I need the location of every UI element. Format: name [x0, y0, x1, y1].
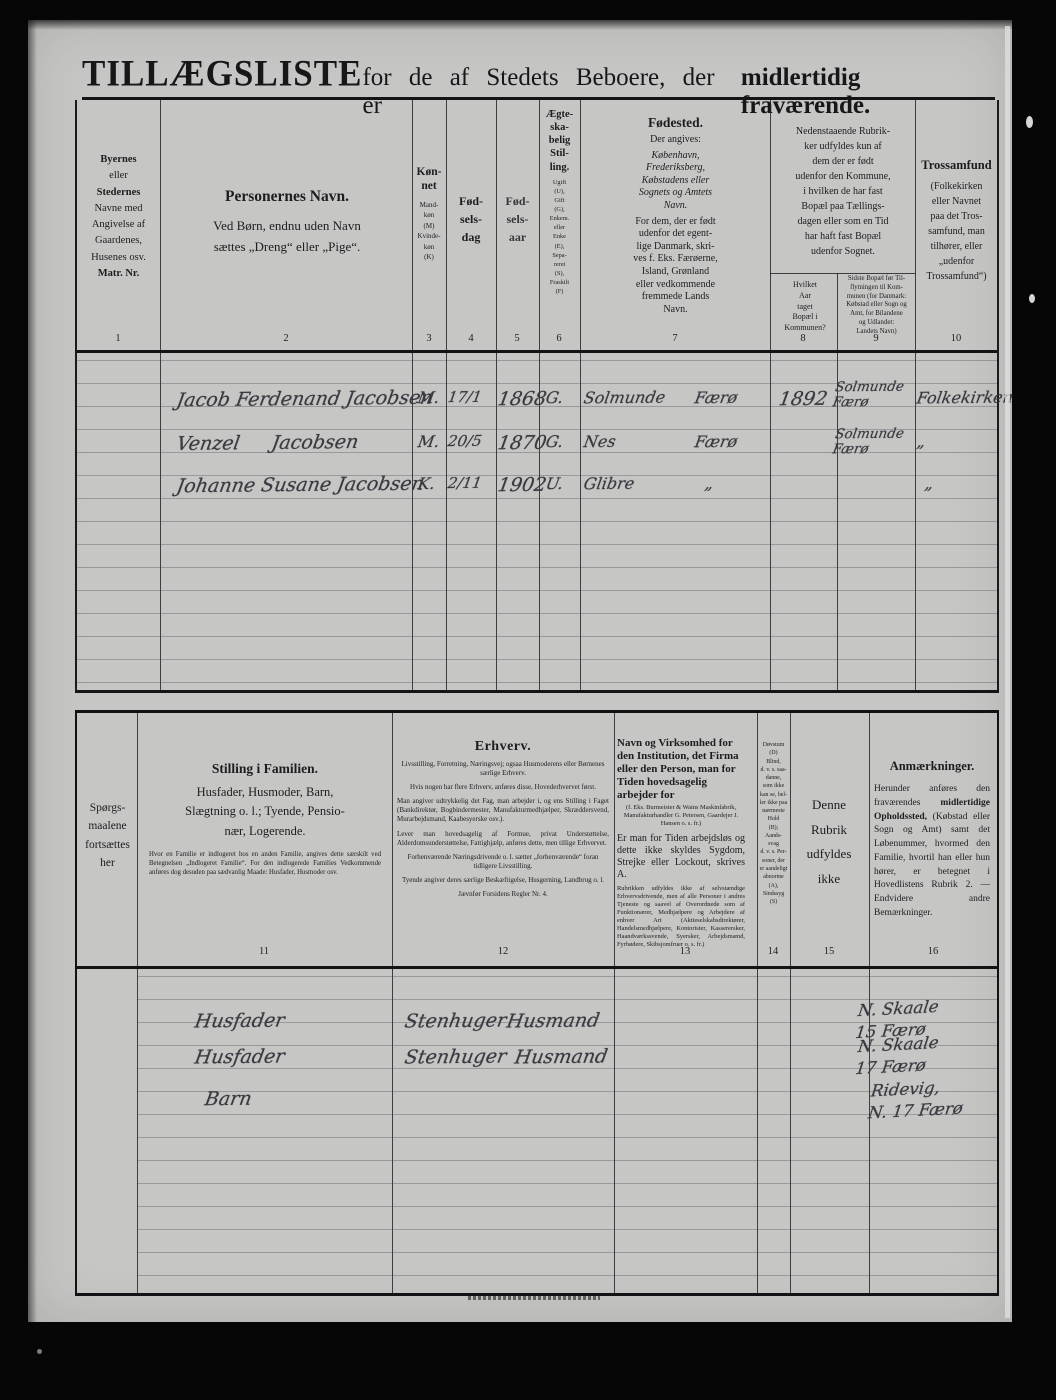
scan-speck — [37, 1349, 42, 1354]
col7-number: 7 — [672, 333, 677, 344]
col11-header: Stilling i Familien. Husfader, Husmoder,… — [141, 761, 389, 878]
col7-header-sub-foreign: For dem, der er født udenfor det egent- … — [583, 216, 768, 317]
col7-header: Fødested. Der angives: København, Freder… — [583, 115, 768, 316]
col1-header-text: Navne med Angivelse af Gaardenes, Husene… — [79, 201, 158, 266]
col8-9-merged-header: Nedenstaaende Rubrik- ker udfyldes kun a… — [773, 124, 913, 259]
hw-family-position: Husfader — [193, 1046, 286, 1069]
col5-number: 5 — [514, 333, 519, 344]
hw-marital-status: G. — [544, 388, 564, 407]
hw-birthyear: 1868 — [496, 388, 548, 411]
hw-occupation-2: Husmand — [513, 1046, 609, 1069]
header-rule — [77, 350, 997, 353]
printer-imprint — [468, 1296, 600, 1300]
hw-birthplace: Solmunde — [582, 388, 666, 408]
col1-header-bold: Byernes — [79, 152, 158, 168]
col11-header-title: Stilling i Familien. — [141, 761, 389, 777]
hw-name: Jacob Ferdenand Jacobsen — [175, 387, 435, 412]
col1-header-bold: Stedernes — [79, 185, 158, 201]
col12-header: Erhverv. Livsstilling, Forretning, Nærin… — [397, 739, 609, 899]
col16-header-sub: Herunder anføres den fraværendes midlert… — [874, 783, 990, 921]
form-title-lead: TILLÆGSLISTE — [82, 53, 362, 95]
col1-number: 1 — [115, 333, 120, 344]
hw-birthyear: 1902 — [496, 474, 548, 497]
header-rule — [77, 966, 997, 969]
hw-birthplace: Nes — [582, 432, 617, 451]
hw-marital-status: G. — [544, 432, 564, 451]
col12-number: 12 — [498, 946, 509, 957]
hw-birthday: 2/11 — [446, 474, 483, 492]
col14-number: 14 — [768, 946, 779, 957]
col12-paragraph: Tyende angiver deres særlige Beskæftigel… — [397, 876, 609, 885]
col8-number: 8 — [800, 333, 805, 344]
col6-header: Ægte- ska- belig Stil- ling. Ugift (U), … — [541, 108, 578, 296]
col16-header-title: Anmærkninger. — [874, 759, 990, 774]
col13-paragraph: Er man for Tiden arbejdsløs og dette ikk… — [617, 833, 745, 881]
col13-header: Navn og Virksomhed for den Institution, … — [617, 737, 745, 949]
hw-remark: Ridevig, N. 17 Færø — [867, 1076, 967, 1125]
continuation-label: Spørgs- maalene fortsættes her — [80, 799, 135, 873]
col3-header: Køn- net Mand- køn (M) Kvinde- køn (K) — [414, 166, 444, 263]
col12-paragraph: Hvis nogen har flere Erhverv, anføres di… — [397, 783, 609, 792]
hw-family-position: Husfader — [193, 1010, 286, 1033]
col12-paragraph: Livsstilling, Forretning, Næringsvej; og… — [397, 760, 609, 778]
hw-denomination: Folkekirken — [915, 387, 1014, 407]
col16-sub-text: (Købstad eller Sogn og Amt) samt det Løb… — [874, 812, 990, 918]
col10-header-title: Trossamfund — [918, 158, 995, 173]
hw-birthplace: Glibre — [582, 474, 636, 494]
hw-birthday: 17/1 — [446, 388, 483, 406]
col2-number: 2 — [283, 333, 288, 344]
hw-birthday: 20/5 — [446, 432, 483, 450]
col3-header-title: Køn- net — [414, 166, 444, 194]
col11-number: 11 — [259, 946, 269, 957]
col11-header-sub: Husfader, Husmoder, Barn, Slægtning o. l… — [141, 783, 389, 841]
hw-family-position: Barn — [203, 1088, 253, 1110]
col8-header: Hvilket Aar taget Bopæl i Kommunen? — [774, 280, 836, 334]
hw-birthyear: 1870 — [496, 432, 548, 455]
col7-header-sub-lead: Der angives: — [583, 134, 768, 147]
col11-header-fineprint: Hvor en Familie er indlogeret hos en and… — [141, 851, 389, 877]
upper-table: Byernes eller Stedernes Navne med Angive… — [75, 100, 999, 693]
hw-sex: K. — [416, 474, 436, 493]
col15-header: Denne Rubrik udfyldes ikke — [793, 793, 865, 892]
paper-edge-highlight — [1005, 26, 1010, 1318]
col10-header: Trossamfund (Folkekirken eller Navnet pa… — [918, 158, 995, 284]
col10-number: 10 — [951, 333, 962, 344]
col12-paragraph: Forhenværende Næringsdrivende o. l. sætt… — [397, 853, 609, 871]
hw-occupation: Stenhuger — [403, 1045, 508, 1068]
hw-marital-status: U. — [544, 474, 564, 493]
lower-table: Spørgs- maalene fortsættes her Stilling … — [75, 710, 999, 1296]
col15-number: 15 — [824, 946, 835, 957]
col5-header: Fød- sels- aar — [498, 192, 537, 246]
col12-header-title: Erhverv. — [397, 739, 609, 755]
merged-header-divider — [770, 273, 915, 274]
hw-sex: M. — [416, 432, 441, 451]
hw-name: Johanne Susane Jacobsen — [175, 473, 426, 498]
col13-number: 13 — [680, 946, 691, 957]
col10-header-sub: (Folkekirken eller Navnet paa det Tros- … — [918, 179, 995, 284]
hw-occupation: Stenhuger — [403, 1009, 508, 1032]
col1-header-text: eller — [79, 168, 158, 184]
hw-occupation-2: Husmand — [505, 1010, 601, 1033]
col13-header-examples: (f. Eks. Burmeister & Wains Maskinfabrik… — [617, 804, 745, 828]
col4-header: Fød- sels- dag — [448, 192, 494, 246]
col4-number: 4 — [468, 333, 473, 344]
col14-header: Døvstum (D) Blind, d. v. s. saa- danne, … — [759, 741, 788, 906]
col9-number: 9 — [873, 333, 878, 344]
hw-remark: N. Skaale 17 Færø — [854, 1032, 940, 1080]
col7-header-sub-examples: København, Frederiksberg, Købstadens ell… — [583, 150, 768, 213]
hw-name: Venzel Jacobsen — [175, 431, 360, 455]
col1-header: Byernes eller Stedernes Navne med Angive… — [79, 152, 158, 282]
hw-birthland: Færø — [693, 388, 739, 407]
scan-speck — [1026, 116, 1033, 128]
census-form-paper: TILLÆGSLISTE for de af Stedets Beboere, … — [28, 20, 1012, 1322]
col13-fineprint: Rubrikken udfyldes ikke af selvstændige … — [617, 885, 745, 949]
col12-paragraph: Jævnfør Forsidens Regler Nr. 4. — [397, 890, 609, 899]
hw-last-residence: Solmunde Færø — [831, 380, 905, 411]
col7-header-title: Fødested. — [583, 115, 768, 131]
col6-header-sub: Ugift (U), Gift (G), Enkem. eller Enke (… — [541, 178, 578, 297]
col13-header-title: Navn og Virksomhed for den Institution, … — [617, 737, 745, 802]
col6-header-title: Ægte- ska- belig Stil- ling. — [541, 108, 578, 174]
col2-header: Personernes Navn. Ved Børn, endnu uden N… — [165, 188, 409, 258]
col16-number: 16 — [928, 946, 939, 957]
hw-last-residence: Solmunde Færø — [831, 427, 905, 458]
col12-paragraph: Lever man hovedsagelig af Formue, privat… — [397, 830, 609, 848]
scan-speck — [1029, 294, 1035, 303]
col12-paragraph: Man angiver udtrykkelig det Fag, man arb… — [397, 797, 609, 824]
col2-header-title: Personernes Navn. — [165, 188, 409, 206]
col1-header-bold: Matr. Nr. — [79, 266, 158, 282]
col16-header: Anmærkninger. Herunder anføres den fravæ… — [874, 759, 990, 921]
hw-sex: M. — [416, 388, 441, 407]
col2-header-sub: Ved Børn, endnu uden Navn sættes „Dreng“… — [165, 216, 409, 258]
col3-header-sub: Mand- køn (M) Kvinde- køn (K) — [414, 200, 444, 263]
col3-number: 3 — [426, 333, 431, 344]
col6-number: 6 — [556, 333, 561, 344]
hw-year-moved: 1892 — [777, 388, 829, 411]
hw-birthland: Færø — [693, 432, 739, 451]
col9-header: Sidste Bopæl før Til- flytningen til Kom… — [840, 275, 913, 337]
